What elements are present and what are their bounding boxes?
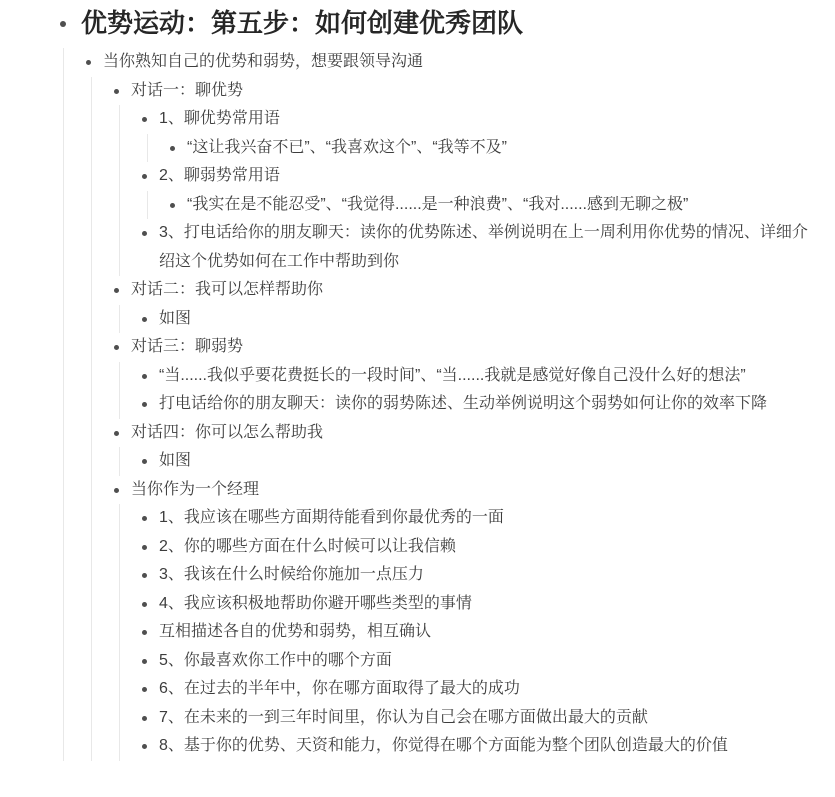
outline-node: 互相描述各自的优势和弱势，相互确认 [140, 618, 817, 647]
outline-row: “这让我兴奋不已”、“我喜欢这个”、“我等不及” [168, 134, 817, 163]
outline-node: 3、我该在什么时候给你施加一点压力 [140, 561, 817, 590]
outline-title-text[interactable]: 优势运动：第五步：如何创建优秀团队 [81, 2, 523, 44]
outline-node: 2、你的哪些方面在什么时候可以让我信赖 [140, 533, 817, 562]
outline-node: 打电话给你的朋友聊天：读你的弱势陈述、生动举例说明这个弱势如何让你的效率下降 [140, 390, 817, 419]
outline-children: “这让我兴奋不已”、“我喜欢这个”、“我等不及” [147, 134, 817, 163]
bullet-icon[interactable] [142, 630, 147, 635]
node-text[interactable]: 2、你的哪些方面在什么时候可以让我信赖 [159, 533, 456, 562]
outline-root-node: 优势运动：第五步：如何创建优秀团队当你熟知自己的优势和弱势，想要跟领导沟通对话一… [56, 2, 817, 761]
outline-node: 7、在未来的一到三年时间里，你认为自己会在哪方面做出最大的贡献 [140, 704, 817, 733]
bullet-icon[interactable] [142, 573, 147, 578]
node-text[interactable]: 对话一：聊优势 [131, 77, 243, 106]
outline-node: 对话二：我可以怎样帮助你如图 [112, 276, 817, 333]
outline-children: “我实在是不能忍受”、“我觉得......是一种浪费”、“我对......感到无… [147, 191, 817, 220]
bullet-icon[interactable] [142, 516, 147, 521]
outline-node: 当你熟知自己的优势和弱势，想要跟领导沟通对话一：聊优势1、聊优势常用语“这让我兴… [84, 48, 817, 761]
outline-row: 当你作为一个经理 [112, 476, 817, 505]
outline-row: 对话三：聊弱势 [112, 333, 817, 362]
bullet-icon[interactable] [142, 744, 147, 749]
node-text[interactable]: 对话三：聊弱势 [131, 333, 243, 362]
outline-row: “我实在是不能忍受”、“我觉得......是一种浪费”、“我对......感到无… [168, 191, 817, 220]
node-text[interactable]: 1、我应该在哪些方面期待能看到你最优秀的一面 [159, 504, 504, 533]
bullet-icon[interactable] [170, 203, 175, 208]
node-text[interactable]: 5、你最喜欢你工作中的哪个方面 [159, 647, 392, 676]
outline-row: 1、聊优势常用语 [140, 105, 817, 134]
outline-node: 对话三：聊弱势“当......我似乎要花费挺长的一段时间”、“当......我就… [112, 333, 817, 419]
outline-node: “当......我似乎要花费挺长的一段时间”、“当......我就是感觉好像自己… [140, 362, 817, 391]
outline-node: 当你作为一个经理1、我应该在哪些方面期待能看到你最优秀的一面2、你的哪些方面在什… [112, 476, 817, 761]
node-text[interactable]: 3、我该在什么时候给你施加一点压力 [159, 561, 424, 590]
bullet-icon[interactable] [170, 146, 175, 151]
node-text[interactable]: 当你作为一个经理 [131, 476, 259, 505]
bullet-icon[interactable] [142, 117, 147, 122]
outline-node: 8、基于你的优势、天资和能力，你觉得在哪个方面能为整个团队创造最大的价值 [140, 732, 817, 761]
bullet-icon[interactable] [114, 345, 119, 350]
outline-node: 1、聊优势常用语“这让我兴奋不已”、“我喜欢这个”、“我等不及” [140, 105, 817, 162]
outline-children: 对话一：聊优势1、聊优势常用语“这让我兴奋不已”、“我喜欢这个”、“我等不及”2… [91, 77, 817, 761]
bullet-icon[interactable] [114, 431, 119, 436]
outline-row: 6、在过去的半年中，你在哪方面取得了最大的成功 [140, 675, 817, 704]
outline-node: 1、我应该在哪些方面期待能看到你最优秀的一面 [140, 504, 817, 533]
outline-node: 对话四：你可以怎么帮助我如图 [112, 419, 817, 476]
node-text[interactable]: “这让我兴奋不已”、“我喜欢这个”、“我等不及” [187, 134, 507, 163]
outline-row: 2、聊弱势常用语 [140, 162, 817, 191]
outline-row: 如图 [140, 447, 817, 476]
outline-row: “当......我似乎要花费挺长的一段时间”、“当......我就是感觉好像自己… [140, 362, 817, 391]
outline-children: 如图 [119, 305, 817, 334]
node-text[interactable]: 对话二：我可以怎样帮助你 [131, 276, 323, 305]
outline-row: 5、你最喜欢你工作中的哪个方面 [140, 647, 817, 676]
outline-node: 对话一：聊优势1、聊优势常用语“这让我兴奋不已”、“我喜欢这个”、“我等不及”2… [112, 77, 817, 277]
node-text[interactable]: 如图 [159, 447, 191, 476]
node-text[interactable]: 6、在过去的半年中，你在哪方面取得了最大的成功 [159, 675, 520, 704]
node-text[interactable]: 8、基于你的优势、天资和能力，你觉得在哪个方面能为整个团队创造最大的价值 [159, 732, 728, 761]
node-text[interactable]: 当你熟知自己的优势和弱势，想要跟领导沟通 [103, 48, 423, 77]
bullet-icon[interactable] [114, 488, 119, 493]
outline-node: “我实在是不能忍受”、“我觉得......是一种浪费”、“我对......感到无… [168, 191, 817, 220]
bullet-icon[interactable] [142, 459, 147, 464]
outline-children: 1、我应该在哪些方面期待能看到你最优秀的一面2、你的哪些方面在什么时候可以让我信… [119, 504, 817, 761]
outline-node: 如图 [140, 305, 817, 334]
node-text[interactable]: “我实在是不能忍受”、“我觉得......是一种浪费”、“我对......感到无… [187, 191, 688, 220]
node-text[interactable]: “当......我似乎要花费挺长的一段时间”、“当......我就是感觉好像自己… [159, 362, 746, 391]
outline-row: 对话二：我可以怎样帮助你 [112, 276, 817, 305]
bullet-icon[interactable] [142, 687, 147, 692]
outline-row: 3、我该在什么时候给你施加一点压力 [140, 561, 817, 590]
bullet-icon[interactable] [86, 60, 91, 65]
node-text[interactable]: 1、聊优势常用语 [159, 105, 280, 134]
outline-row: 对话一：聊优势 [112, 77, 817, 106]
outline-row: 7、在未来的一到三年时间里，你认为自己会在哪方面做出最大的贡献 [140, 704, 817, 733]
outline-node: 5、你最喜欢你工作中的哪个方面 [140, 647, 817, 676]
outline-page: 优势运动：第五步：如何创建优秀团队当你熟知自己的优势和弱势，想要跟领导沟通对话一… [0, 0, 835, 797]
outline-row: 当你熟知自己的优势和弱势，想要跟领导沟通 [84, 48, 817, 77]
outline-row: 如图 [140, 305, 817, 334]
bullet-icon[interactable] [142, 317, 147, 322]
node-text[interactable]: 如图 [159, 305, 191, 334]
outline-node: “这让我兴奋不已”、“我喜欢这个”、“我等不及” [168, 134, 817, 163]
outline-row: 2、你的哪些方面在什么时候可以让我信赖 [140, 533, 817, 562]
bullet-icon[interactable] [142, 402, 147, 407]
bullet-icon[interactable] [142, 659, 147, 664]
bullet-icon[interactable] [142, 602, 147, 607]
outline-node: 如图 [140, 447, 817, 476]
outline-node: 2、聊弱势常用语“我实在是不能忍受”、“我觉得......是一种浪费”、“我对.… [140, 162, 817, 219]
outline-children: “当......我似乎要花费挺长的一段时间”、“当......我就是感觉好像自己… [119, 362, 817, 419]
bullet-icon[interactable] [142, 174, 147, 179]
bullet-icon[interactable] [142, 716, 147, 721]
outline-node: 3、打电话给你的朋友聊天：读你的优势陈述、举例说明在上一周利用你优势的情况、详细… [140, 219, 817, 276]
outline-row: 8、基于你的优势、天资和能力，你觉得在哪个方面能为整个团队创造最大的价值 [140, 732, 817, 761]
bullet-icon[interactable] [142, 374, 147, 379]
bullet-icon[interactable] [142, 545, 147, 550]
bullet-icon[interactable] [142, 231, 147, 236]
outline-children: 如图 [119, 447, 817, 476]
outline-row: 1、我应该在哪些方面期待能看到你最优秀的一面 [140, 504, 817, 533]
outline-row: 对话四：你可以怎么帮助我 [112, 419, 817, 448]
bullet-icon[interactable] [114, 89, 119, 94]
node-text[interactable]: 对话四：你可以怎么帮助我 [131, 419, 323, 448]
node-text[interactable]: 7、在未来的一到三年时间里，你认为自己会在哪方面做出最大的贡献 [159, 704, 648, 733]
outline-children: 1、聊优势常用语“这让我兴奋不已”、“我喜欢这个”、“我等不及”2、聊弱势常用语… [119, 105, 817, 276]
outline-node: 6、在过去的半年中，你在哪方面取得了最大的成功 [140, 675, 817, 704]
node-text[interactable]: 4、我应该积极地帮助你避开哪些类型的事情 [159, 590, 472, 619]
outline-row: 优势运动：第五步：如何创建优秀团队 [56, 2, 817, 44]
outline-row: 4、我应该积极地帮助你避开哪些类型的事情 [140, 590, 817, 619]
outline-node: 4、我应该积极地帮助你避开哪些类型的事情 [140, 590, 817, 619]
bullet-icon[interactable] [60, 21, 66, 27]
node-text[interactable]: 2、聊弱势常用语 [159, 162, 280, 191]
outline-row: 打电话给你的朋友聊天：读你的弱势陈述、生动举例说明这个弱势如何让你的效率下降 [140, 390, 817, 419]
node-text[interactable]: 3、打电话给你的朋友聊天：读你的优势陈述、举例说明在上一周利用你优势的情况、详细… [159, 219, 817, 276]
outline-row: 3、打电话给你的朋友聊天：读你的优势陈述、举例说明在上一周利用你优势的情况、详细… [140, 219, 817, 276]
node-text[interactable]: 打电话给你的朋友聊天：读你的弱势陈述、生动举例说明这个弱势如何让你的效率下降 [159, 390, 767, 419]
node-text[interactable]: 互相描述各自的优势和弱势，相互确认 [159, 618, 431, 647]
bullet-icon[interactable] [114, 288, 119, 293]
outline-children: 当你熟知自己的优势和弱势，想要跟领导沟通对话一：聊优势1、聊优势常用语“这让我兴… [63, 48, 817, 761]
outline-row: 互相描述各自的优势和弱势，相互确认 [140, 618, 817, 647]
